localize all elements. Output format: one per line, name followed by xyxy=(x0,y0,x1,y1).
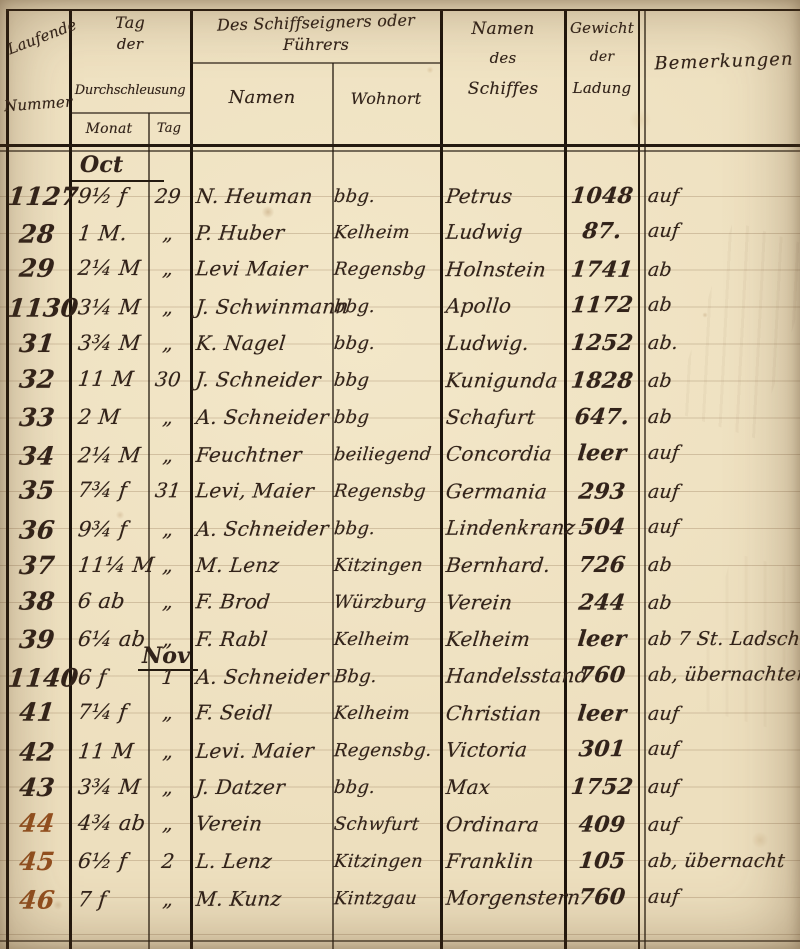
cell-bemerkung: ab, übernacht xyxy=(646,843,800,880)
cell-gewicht: 105 xyxy=(565,843,639,880)
header-schiff-3: Schiffes xyxy=(444,80,562,99)
cell-gewicht: 760 xyxy=(565,879,639,916)
cell-wohnort: bbg. xyxy=(332,178,440,215)
cell-gewicht: 726 xyxy=(565,547,639,584)
cell-tag: „ xyxy=(146,694,190,731)
cell-tag: „ xyxy=(146,399,190,436)
cell-zeit: 2 M xyxy=(72,399,152,436)
cell-nr: 35 xyxy=(6,472,68,509)
cell-schiff: Victoria xyxy=(444,731,564,769)
cell-wohnort: bbg. xyxy=(332,288,440,325)
header-schiffseigner-1: Des Schiffseigners oder xyxy=(192,11,440,35)
cell-bemerkung: auf xyxy=(646,178,800,215)
header-gewicht-1: Gewicht xyxy=(566,20,638,37)
cell-nr: 44 xyxy=(6,804,68,841)
table-row: 417¼ f„F. SeidlKelheimChristianleerauf xyxy=(0,693,800,733)
cell-schiff: Ordinara xyxy=(444,806,564,843)
cell-schiff: Morgenstern xyxy=(444,879,564,917)
cell-nr: 43 xyxy=(6,769,68,806)
table-row: 342¼ M„FeuchtnerbeiliegendConcordialeera… xyxy=(0,434,800,474)
cell-schiff: Schafurt xyxy=(444,399,564,436)
cell-wohnort: Kelheim xyxy=(332,695,440,732)
cell-schiff: Bernhard. xyxy=(444,547,564,584)
cell-zeit: 7 f xyxy=(72,881,152,918)
cell-bemerkung: auf xyxy=(646,807,800,845)
cell-wohnort: Kitzingen xyxy=(332,547,440,584)
table-row: 369¾ f„A. Schneiderbbg.Lindenkranz504auf xyxy=(0,508,800,548)
ledger-page: Laufende Nummer Tag der Durchschleusung … xyxy=(0,0,800,949)
table-row: 444¾ ab„VereinSchwfurtOrdinara409auf xyxy=(0,804,800,844)
cell-nr: 33 xyxy=(6,399,68,436)
cell-gewicht: leer xyxy=(565,621,639,658)
header-schiffseigner-2: Führers xyxy=(192,36,440,54)
cell-name: P. Huber xyxy=(194,215,332,253)
cell-zeit: 1 M. xyxy=(72,216,152,253)
table-row: 281 M.„P. HuberKelheimLudwig87.auf xyxy=(0,213,800,253)
header-tag: Tag xyxy=(148,122,190,137)
table-row: 11279½ f29N. Heumanbbg.Petrus1048auf xyxy=(0,178,800,215)
cell-nr: 1140 xyxy=(6,659,68,696)
cell-wohnort: bbg xyxy=(332,362,440,399)
header-laufende: Laufende xyxy=(5,19,73,58)
cell-name: J. Schneider xyxy=(194,362,332,399)
cell-schiff: Handelsstand xyxy=(444,657,564,695)
cell-nr: 38 xyxy=(6,583,68,620)
cell-gewicht: leer xyxy=(565,435,639,472)
cell-gewicht: 760 xyxy=(565,657,639,694)
cell-zeit: 4¾ ab xyxy=(72,805,152,842)
cell-gewicht: 1172 xyxy=(565,287,639,324)
header-nummer: Nummer xyxy=(3,94,70,115)
cell-name: M. Lenz xyxy=(194,547,332,584)
cell-gewicht: 301 xyxy=(565,731,639,768)
table-row: 11406 f1A. SchneiderBbg.Handelsstand760a… xyxy=(0,656,800,696)
table-row: 292¼ M„Levi MaierRegensbgHolnstein1741ab xyxy=(0,250,800,290)
cell-name: N. Heuman xyxy=(194,178,332,215)
cell-zeit: 3¾ M xyxy=(72,325,152,362)
cell-zeit: 11 M xyxy=(72,733,152,770)
cell-name: J. Schwinmann xyxy=(194,289,332,327)
cell-name: Verein xyxy=(194,805,332,842)
cell-zeit: 6¼ ab xyxy=(72,621,152,658)
cell-gewicht: 87. xyxy=(565,213,639,250)
cell-name: M. Kunz xyxy=(194,880,332,918)
cell-bemerkung: auf xyxy=(646,769,800,806)
cell-nr: 32 xyxy=(6,361,68,398)
cell-gewicht: 244 xyxy=(565,585,639,622)
cell-zeit: 6 f xyxy=(72,659,152,696)
cell-nr: 31 xyxy=(6,325,68,362)
cell-zeit: 3¾ M xyxy=(72,769,152,806)
table-row: 4211 M„Levi. MaierRegensbg.Victoria301au… xyxy=(0,730,800,770)
cell-tag: „ xyxy=(146,880,190,917)
cell-wohnort: Kitzingen xyxy=(332,843,440,880)
header-rule-durchschleusung xyxy=(69,112,190,114)
cell-wohnort: bbg. xyxy=(332,325,440,362)
cell-wohnort: bbg xyxy=(332,399,440,436)
header-namen: Namen xyxy=(192,88,332,108)
table-row: 386 ab„F. BrodWürzburgVerein244ab xyxy=(0,583,800,623)
cell-zeit: 11 M xyxy=(72,361,152,398)
header-rule-schiffseigner xyxy=(190,62,440,64)
table-border-bottom xyxy=(0,940,800,942)
cell-nr: 1130 xyxy=(6,290,68,327)
cell-schiff: Ludwig xyxy=(444,214,564,252)
cell-tag: 30 xyxy=(146,361,190,398)
cell-tag: „ xyxy=(146,805,190,842)
cell-bemerkung: ab xyxy=(646,363,800,401)
cell-bemerkung: ab xyxy=(646,585,800,623)
cell-wohnort: Regensbg. xyxy=(332,732,440,769)
cell-nr: 1127 xyxy=(6,178,68,215)
cell-bemerkung: ab xyxy=(646,252,800,290)
cell-gewicht: 504 xyxy=(565,509,639,546)
cell-bemerkung: auf xyxy=(646,474,800,512)
cell-gewicht: 1752 xyxy=(565,769,639,806)
cell-bemerkung: ab xyxy=(646,399,800,436)
cell-name: Levi, Maier xyxy=(194,472,332,509)
header-der-word: der xyxy=(70,36,190,53)
cell-tag: „ xyxy=(146,547,190,584)
header-tag-word: Tag xyxy=(70,14,190,32)
cell-bemerkung: auf xyxy=(646,213,800,251)
cell-tag: „ xyxy=(146,215,190,252)
cell-nr: 45 xyxy=(6,843,68,880)
cell-wohnort: Würzburg xyxy=(332,584,440,621)
cell-bemerkung: ab. xyxy=(646,325,800,362)
cell-nr: 46 xyxy=(6,881,68,918)
cell-tag: „ xyxy=(146,583,190,620)
cell-wohnort: bbg. xyxy=(332,510,440,547)
table-row: 3211 M30J. SchneiderbbgKunigunda1828ab xyxy=(0,361,800,401)
cell-wohnort: bbg. xyxy=(332,769,440,806)
cell-wohnort: beiliegend xyxy=(332,436,440,473)
header-gewicht-3: Ladung xyxy=(566,80,638,97)
cell-nr: 39 xyxy=(6,621,68,658)
cell-bemerkung: auf xyxy=(646,434,800,472)
cell-gewicht: 1741 xyxy=(565,252,639,289)
cell-zeit: 7¾ f xyxy=(72,472,152,509)
cell-wohnort: Kelheim xyxy=(332,621,440,658)
cell-bemerkung: auf xyxy=(646,508,800,546)
cell-wohnort: Kelheim xyxy=(332,214,440,251)
table-row: 3711¼ M„M. LenzKitzingenBernhard.726ab xyxy=(0,547,800,584)
cell-schiff: Petrus xyxy=(444,178,564,215)
header-schiff-2: des xyxy=(444,50,562,67)
cell-zeit: 9½ f xyxy=(72,178,152,215)
cell-zeit: 11¼ M xyxy=(72,547,152,584)
header-schiff-1: Namen xyxy=(444,20,562,39)
cell-nr: 28 xyxy=(6,216,68,253)
cell-gewicht: leer xyxy=(565,695,639,732)
cell-name: A. Schneider xyxy=(194,510,332,548)
cell-name: F. Brod xyxy=(194,583,332,620)
cell-schiff: Kunigunda xyxy=(444,362,564,399)
cell-nr: 42 xyxy=(6,733,68,770)
cell-schiff: Apollo xyxy=(444,288,564,326)
cell-schiff: Concordia xyxy=(444,435,564,473)
cell-gewicht: 647. xyxy=(565,399,639,436)
cell-tag: 31 xyxy=(146,472,190,509)
cell-nr: 41 xyxy=(6,693,68,730)
cell-schiff: Germania xyxy=(444,473,564,510)
cell-tag: „ xyxy=(146,289,190,326)
cell-schiff: Ludwig. xyxy=(444,325,564,362)
cell-bemerkung: ab, übernachten xyxy=(646,656,800,694)
cell-gewicht: 1828 xyxy=(565,363,639,400)
cell-tag: 2 xyxy=(146,843,190,880)
table-row: 456½ f2L. LenzKitzingenFranklin105ab, üb… xyxy=(0,843,800,880)
cell-bemerkung: auf xyxy=(646,878,800,916)
cell-name: A. Schneider xyxy=(194,658,332,696)
cell-name: L. Lenz xyxy=(194,843,332,880)
header-wohnort: Wohnort xyxy=(334,90,438,108)
cell-schiff: Lindenkranz xyxy=(444,509,564,547)
cell-bemerkung: ab xyxy=(646,287,800,325)
cell-wohnort: Regensbg xyxy=(332,251,440,288)
cell-zeit: 9¾ f xyxy=(72,511,152,548)
header-monat: Monat xyxy=(72,122,146,138)
month-marker-nov: Nov xyxy=(142,643,190,669)
cell-zeit: 7¼ f xyxy=(72,694,152,731)
cell-gewicht: 1252 xyxy=(565,325,639,362)
cell-nr: 37 xyxy=(6,547,68,584)
table-row: 313¾ M„K. Nagelbbg.Ludwig.1252ab. xyxy=(0,325,800,362)
cell-zeit: 3¼ M xyxy=(72,289,152,326)
cell-wohnort: Schwfurt xyxy=(332,805,440,842)
header-bemerkungen: Bemerkungen xyxy=(648,49,800,74)
cell-zeit: 6 ab xyxy=(72,583,152,620)
cell-name: F. Seidl xyxy=(194,694,332,731)
table-row: 433¾ M„J. Datzerbbg.Max1752auf xyxy=(0,769,800,806)
cell-name: Levi. Maier xyxy=(194,732,332,770)
cell-tag: „ xyxy=(146,437,190,474)
table-row: 357¾ f31Levi, MaierRegensbgGermania293au… xyxy=(0,472,800,512)
cell-tag: „ xyxy=(146,325,190,362)
cell-zeit: 2¼ M xyxy=(72,437,152,474)
cell-schiff: Kelheim xyxy=(444,621,564,658)
cell-tag: 29 xyxy=(146,178,190,215)
cell-name: Feuchtner xyxy=(194,436,332,474)
table-row: 396¼ ab„F. RablKelheimKelheimleerab 7 St… xyxy=(0,621,800,658)
cell-nr: 29 xyxy=(6,250,68,287)
header-durchschleusung: Durchschleusung xyxy=(70,84,190,99)
table-row: 11303¼ M„J. Schwinmannbbg.Apollo1172ab xyxy=(0,287,800,327)
cell-gewicht: 293 xyxy=(565,474,639,511)
cell-name: K. Nagel xyxy=(194,325,332,362)
cell-tag: „ xyxy=(146,251,190,288)
header-gewicht-2: der xyxy=(566,50,638,66)
cell-wohnort: Kintzgau xyxy=(332,879,440,916)
cell-tag: „ xyxy=(146,769,190,806)
cell-bemerkung: auf xyxy=(646,730,800,768)
table-row: 467 f„M. KunzKintzgauMorgenstern760auf xyxy=(0,878,800,918)
cell-name: F. Rabl xyxy=(194,621,332,658)
cell-nr: 36 xyxy=(6,511,68,548)
cell-gewicht: 409 xyxy=(565,806,639,843)
cell-tag: „ xyxy=(146,733,190,770)
cell-wohnort: Bbg. xyxy=(332,658,440,695)
cell-schiff: Franklin xyxy=(444,843,564,880)
cell-zeit: 6½ f xyxy=(72,843,152,880)
cell-bemerkung: auf xyxy=(646,696,800,734)
header-separator-1 xyxy=(0,144,800,147)
cell-schiff: Max xyxy=(444,769,564,806)
cell-gewicht: 1048 xyxy=(565,178,639,215)
table-row: 332 M„A. SchneiderbbgSchafurt647.ab xyxy=(0,399,800,436)
cell-name: Levi Maier xyxy=(194,251,332,288)
cell-name: J. Datzer xyxy=(194,769,332,806)
cell-wohnort: Regensbg xyxy=(332,473,440,510)
cell-zeit: 2¼ M xyxy=(72,250,152,287)
cell-tag: „ xyxy=(146,511,190,548)
cell-schiff: Verein xyxy=(444,584,564,621)
cell-schiff: Holnstein xyxy=(444,252,564,289)
cell-schiff: Christian xyxy=(444,695,564,732)
cell-bemerkung: ab 7 St. Ladschiffe xyxy=(646,621,800,658)
cell-bemerkung: ab xyxy=(646,547,800,584)
cell-nr: 34 xyxy=(6,438,68,475)
cell-name: A. Schneider xyxy=(194,399,332,436)
month-marker-oct: Oct xyxy=(80,152,123,178)
